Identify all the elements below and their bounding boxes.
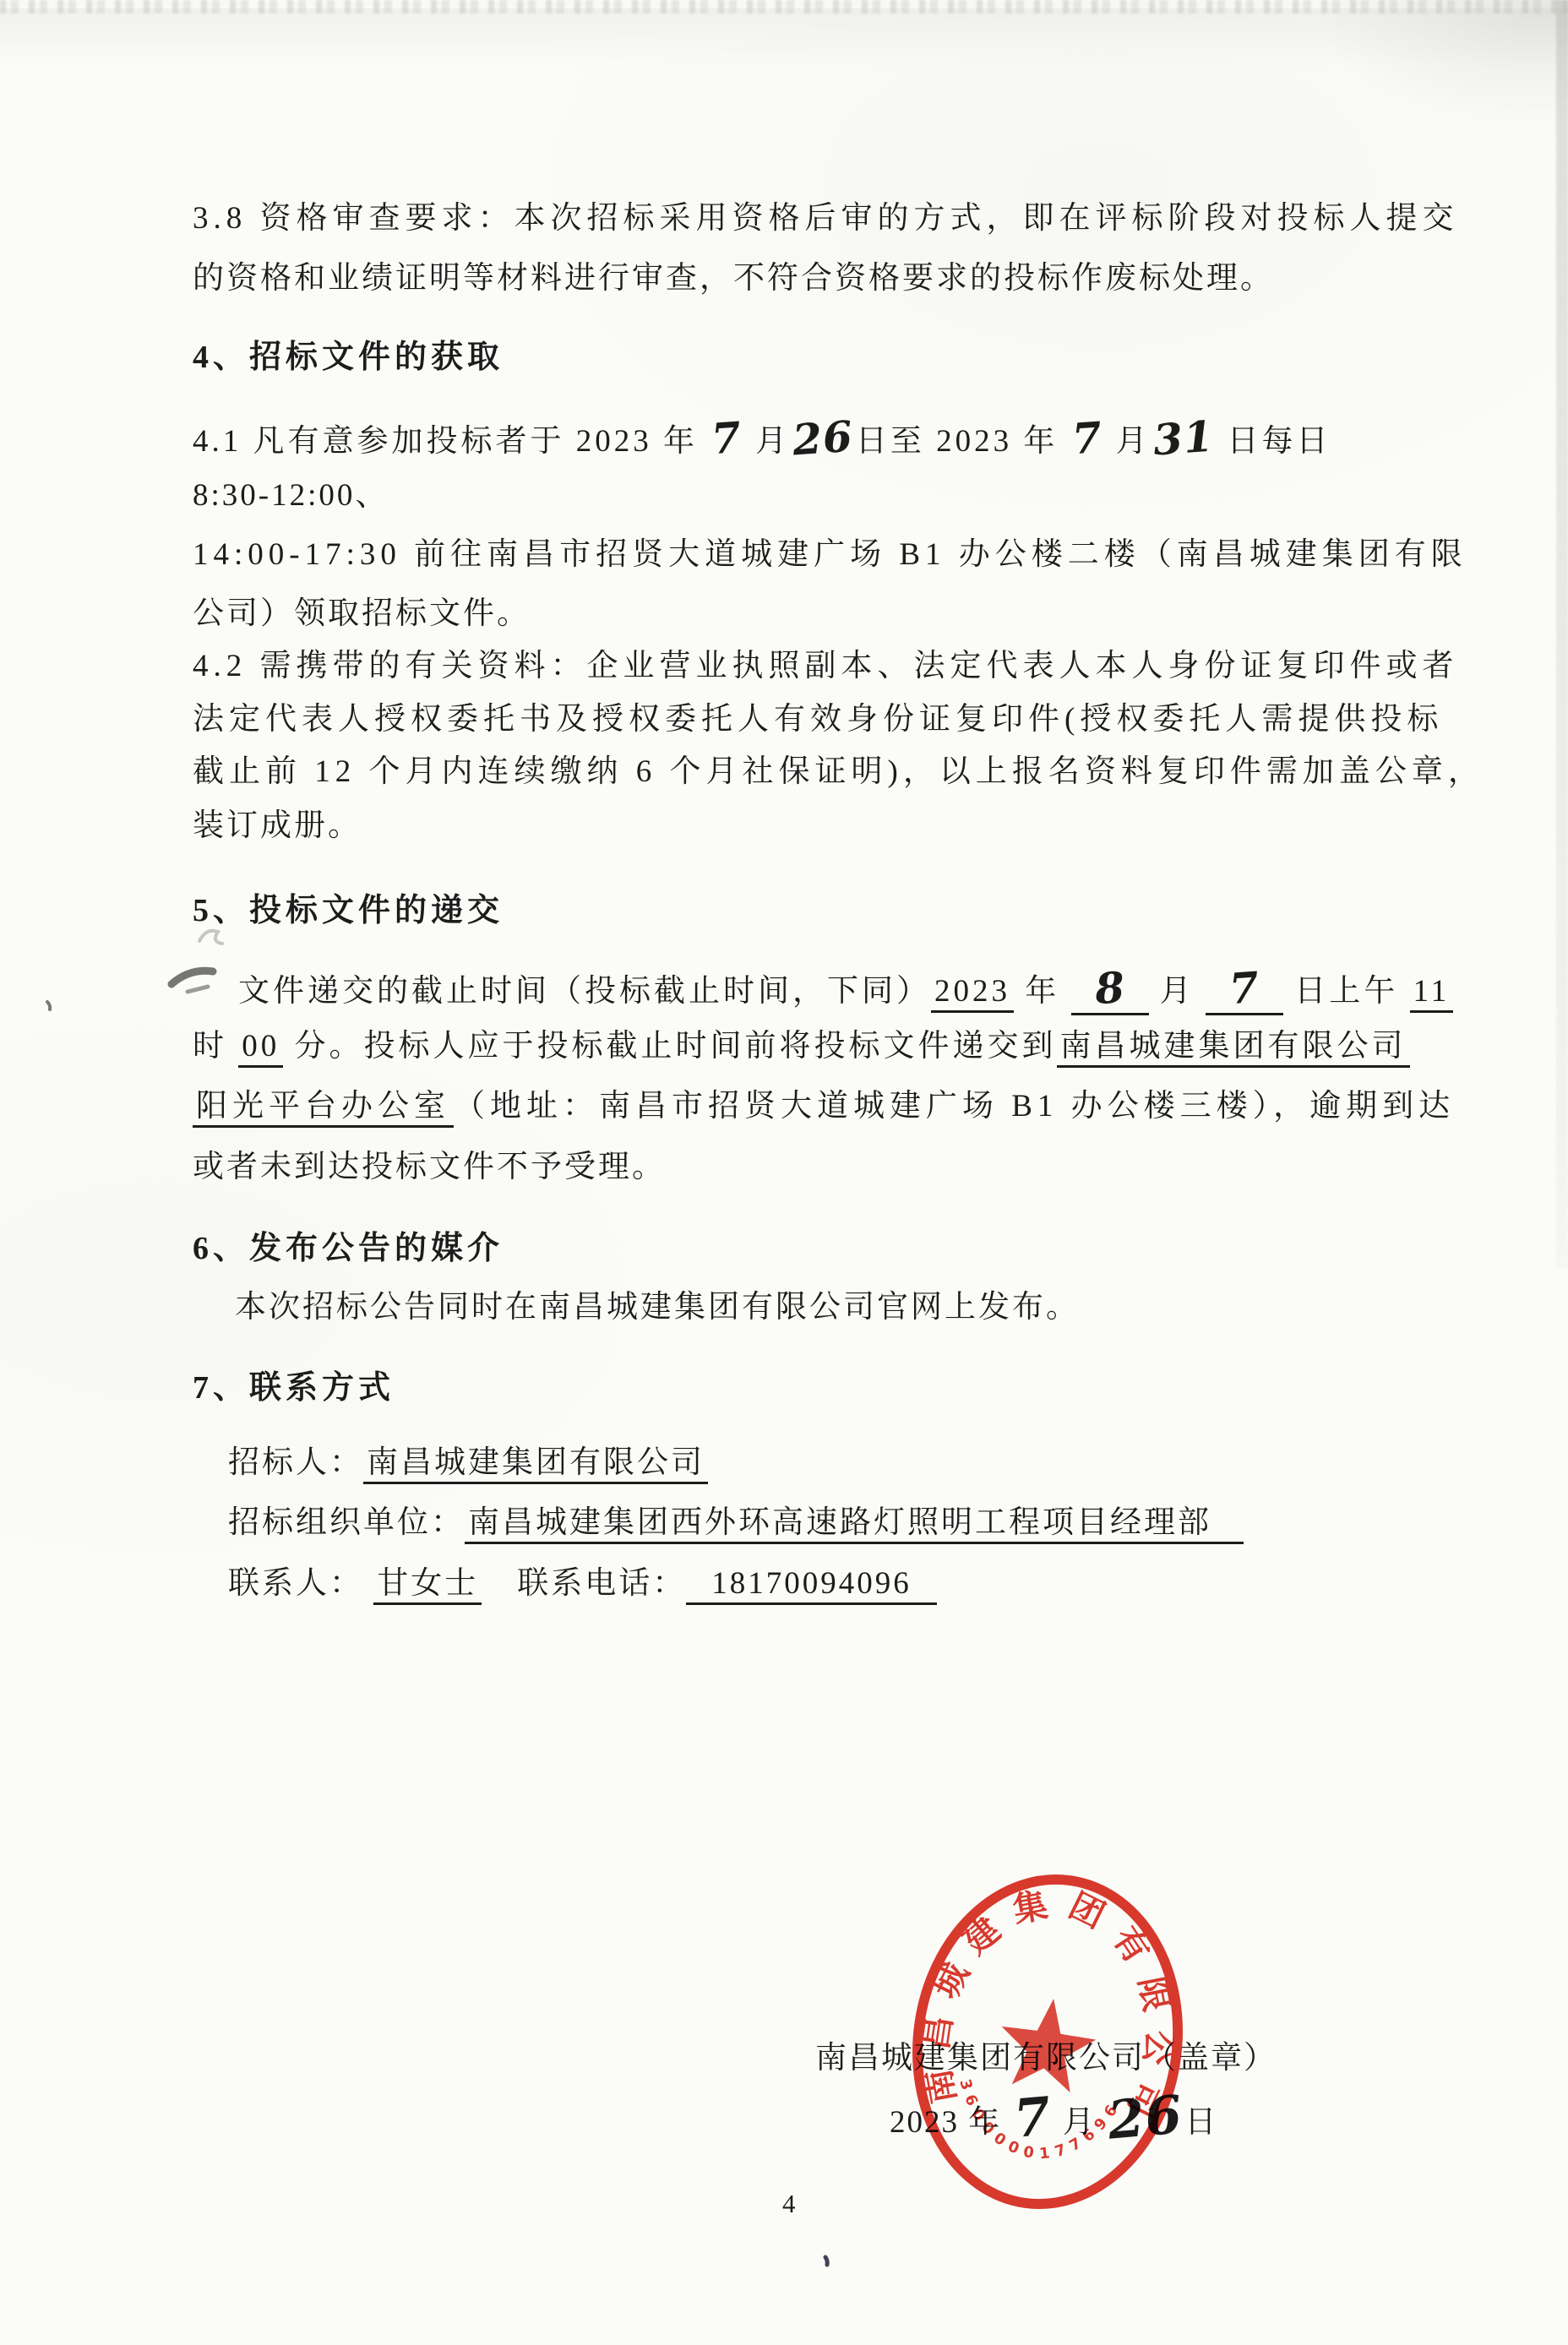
seal-code-text: 3600000177696	[946, 2075, 1126, 2174]
handwritten-day-31: 31	[1149, 415, 1217, 461]
smudge-stroke-1	[171, 971, 213, 984]
para-4-1-printed-pre: 4.1 凡有意参加投标者于 2023 年	[193, 424, 709, 459]
edge-speck-1	[47, 1002, 50, 1009]
scan-corner-shade	[1315, 0, 1568, 127]
seal-star-icon	[994, 1992, 1101, 2095]
para-4-1-line2-morning-hours: 8:30-12:00、	[193, 475, 389, 517]
bidder-value-underlined: 南昌城建集团有限公司	[363, 1445, 708, 1484]
underlined-minute-00: 00	[238, 1029, 283, 1068]
heading-section-5: 5、投标文件的递交	[193, 890, 504, 932]
org-label: 招标组织单位：	[228, 1505, 465, 1540]
handwritten-month-8: 8	[1091, 966, 1129, 1011]
para-4-1-printed-mid2: 日至 2023 年	[856, 424, 1070, 459]
para-4-1-line1: 4.1 凡有意参加投标者于 2023 年 7 月26日至 2023 年 7 月3…	[193, 416, 1331, 463]
para-4-1-line3: 14:00-17:30 前往南昌市招贤大道城建广场 B1 办公楼二楼（南昌城建集…	[193, 534, 1467, 576]
para-5-line4: 或者未到达投标文件不予受理。	[193, 1146, 666, 1189]
bidder-label: 招标人：	[228, 1445, 363, 1480]
para-3-8-line1: 3.8 资格审查要求：本次招标采用资格后审的方式，即在评标阶段对投标人提交	[193, 198, 1459, 240]
contact-person-line: 联系人： 甘女士联系电话：18170094096	[228, 1563, 937, 1605]
blank-with-handwritten-day: 7	[1206, 966, 1283, 1015]
heading-section-7: 7、联系方式	[193, 1367, 395, 1409]
contact-org-line: 招标组织单位：南昌城建集团西外环高速路灯照明工程项目经理部	[228, 1502, 1244, 1544]
seal-group: 南昌城建集团有限公司 3600000177696	[906, 1865, 1190, 2218]
handwritten-day-7: 7	[1226, 966, 1264, 1011]
page-number: 4	[782, 2183, 796, 2225]
para-5-t2: 月	[1149, 974, 1206, 1009]
contact-value-underlined: 甘女士	[373, 1566, 482, 1605]
smudge-faint-scribble	[199, 931, 222, 944]
underlined-company-name: 南昌城建集团有限公司	[1057, 1029, 1410, 1068]
scanned-document-page: 3.8 资格审查要求：本次招标采用资格后审的方式，即在评标阶段对投标人提交 的资…	[0, 0, 1568, 2345]
para-5-line2: 时 00 分。投标人应于投标截止时间前将投标文件递交到南昌城建集团有限公司	[193, 1026, 1410, 1068]
para-5-t3: 日上午	[1283, 974, 1410, 1009]
para-4-2-line4: 装订成册。	[193, 805, 362, 847]
contact-bidder-line: 招标人：南昌城建集团有限公司	[228, 1442, 708, 1484]
speck-below-page-number	[825, 2257, 827, 2265]
smudge-stroke-2	[188, 987, 208, 992]
para-5-printed-pre: 文件递交的截止时间（投标截止时间，下同）	[238, 974, 931, 1009]
para-5-l3-rest: （地址：南昌市招贤大道城建广场 B1 办公楼三楼），逾期到达	[454, 1089, 1455, 1124]
para-5-t1: 年	[1014, 974, 1071, 1009]
para-5-l2-mid: 分。投标人应于投标截止时间前将投标文件递交到	[283, 1029, 1056, 1064]
para-4-2-line3: 截止前 12 个月内连续缴纳 6 个月社保证明)，以上报名资料复印件需加盖公章，	[193, 751, 1484, 793]
handwritten-day-26: 26	[789, 415, 857, 461]
phone-label: 联系电话：	[517, 1566, 686, 1601]
blank-with-handwritten-month: 8	[1071, 966, 1149, 1015]
para-4-1-printed-mid1: 月	[744, 424, 790, 459]
phone-value-underlined: 18170094096	[686, 1566, 937, 1605]
underlined-year-2023: 2023	[931, 974, 1014, 1013]
date-printed-t2: 日	[1184, 2105, 1217, 2140]
company-seal: 南昌城建集团有限公司 3600000177696	[906, 1865, 1190, 2218]
para-3-8-line2: 的资格和业绩证明等材料进行审查，不符合资格要求的投标作废标处理。	[193, 258, 1274, 300]
para-4-2-line1: 4.2 需携带的有关资料：企业营业执照副本、法定代表人本人身份证复印件或者	[193, 645, 1459, 688]
org-value-underlined: 南昌城建集团西外环高速路灯照明工程项目经理部	[465, 1505, 1244, 1544]
seal-company-text: 南昌城建集团有限公司	[908, 1867, 1190, 2140]
underlined-hour-11: 11	[1410, 974, 1454, 1013]
para-4-1-printed-post: 日每日	[1216, 424, 1331, 459]
para-4-2-line2: 法定代表人授权委托书及授权委托人有效身份证复印件(授权委托人需提供投标	[193, 699, 1443, 741]
para-5-line3: 阳光平台办公室（地址：南昌市招贤大道城建广场 B1 办公楼三楼），逾期到达	[193, 1085, 1455, 1128]
handwritten-month-7: 7	[708, 416, 746, 461]
heading-section-6: 6、发布公告的媒介	[193, 1227, 504, 1270]
underlined-office-name: 阳光平台办公室	[193, 1089, 454, 1128]
para-5-l2-pre: 时	[193, 1029, 238, 1064]
heading-section-4: 4、招标文件的获取	[193, 336, 504, 378]
handwritten-month-7b: 7	[1068, 416, 1106, 461]
para-4-1-printed-mid3: 月	[1104, 424, 1150, 459]
para-5-line1: 文件递交的截止时间（投标截止时间，下同）2023 年 8 月 7 日上午 11	[238, 966, 1453, 1015]
contact-label: 联系人：	[228, 1566, 373, 1601]
para-6-line1: 本次招标公告同时在南昌城建集团有限公司官网上发布。	[235, 1287, 1080, 1329]
para-4-1-line4: 公司）领取招标文件。	[193, 593, 531, 635]
scan-edge-noise-right	[1556, 0, 1568, 1267]
